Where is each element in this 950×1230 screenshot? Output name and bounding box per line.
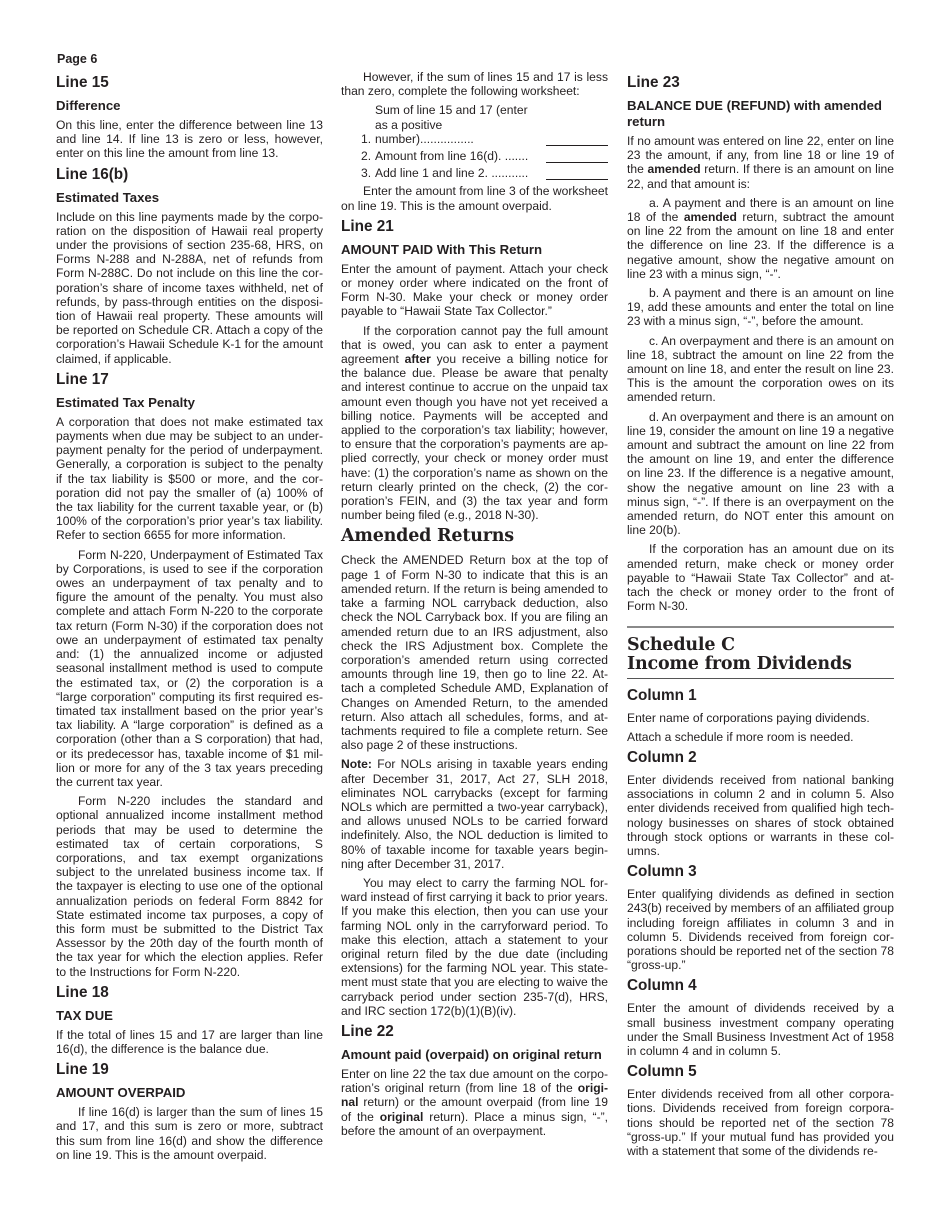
line-22-text: Enter on line 22 the tax due amount on t…: [341, 1067, 608, 1138]
line-17-text-2: Form N-220, Underpayment of Estimated Ta…: [56, 548, 323, 789]
schedule-c-title-line-1: Schedule C: [627, 635, 735, 655]
section-line-19-continued: However, if the sum of lines 15 and 17 i…: [341, 70, 608, 213]
column-2-heading: Column 2: [627, 749, 894, 767]
worksheet-row-text: Add line 1 and line 2. ...........: [375, 166, 538, 180]
section-line-19: Line 19 AMOUNT OVERPAID If line 16(d) is…: [56, 1061, 323, 1162]
line-17-text-1: A corporation that does not make estimat…: [56, 415, 323, 543]
worksheet-row-text: Sum of line 15 and 17 (enter as a positi…: [375, 103, 538, 146]
note-text: For NOLs arising in taxable years ending…: [341, 757, 608, 870]
line-23-item-d: d. An overpayment and there is an amount…: [627, 410, 894, 538]
column-5-heading: Column 5: [627, 1063, 894, 1081]
section-line-15: Line 15 Difference On this line, enter t…: [56, 74, 323, 161]
worksheet-row-text: Amount from line 16(d). .......: [375, 149, 538, 163]
line-19-worksheet-intro: However, if the sum of lines 15 and 17 i…: [341, 70, 608, 98]
line-16b-heading: Line 16(b): [56, 166, 323, 184]
column-1-text-2: Attach a schedule if more room is needed…: [627, 730, 894, 744]
column-middle: However, if the sum of lines 15 and 17 i…: [341, 70, 608, 1143]
worksheet-row: 1. Sum of line 15 and 17 (enter as a pos…: [361, 103, 608, 146]
worksheet-row-number: 1.: [361, 132, 375, 146]
section-line-16b: Line 16(b) Estimated Taxes Include on th…: [56, 166, 323, 366]
line-21-text-2: If the corporation cannot pay the full a…: [341, 324, 608, 523]
worksheet-row: 3. Add line 1 and line 2. ...........: [361, 166, 608, 180]
section-schedule-c: Schedule C Income from Dividends Column …: [627, 636, 894, 1159]
bold-text-run: original: [380, 1110, 424, 1124]
column-3-heading: Column 3: [627, 863, 894, 881]
line-15-heading: Line 15: [56, 74, 323, 92]
line-23-item-a: a. A payment and there is an amount on l…: [627, 196, 894, 281]
column-4-text: Enter the amount of dividends received b…: [627, 1001, 894, 1058]
bold-text-run: amended: [647, 162, 700, 176]
line-22-heading: Line 22: [341, 1023, 608, 1041]
section-line-22: Line 22 Amount paid (overpaid) on origin…: [341, 1023, 608, 1138]
amended-returns-text-1: Check the AMENDED Return box at the top …: [341, 553, 608, 752]
column-1-text-1: Enter name of corporations paying divide…: [627, 711, 894, 725]
worksheet-row-number: 2.: [361, 149, 375, 163]
amended-returns-heading: Amended Returns: [341, 527, 608, 546]
column-5-text: Enter dividends received from all other …: [627, 1087, 894, 1158]
amended-returns-note: Note: For NOLs arising in taxable years …: [341, 757, 608, 871]
line-16b-text: Include on this line payments made by th…: [56, 210, 323, 366]
worksheet-blank-line: [546, 133, 608, 146]
text-run: you receive a billing notice for the bal…: [341, 352, 608, 522]
line-22-subheading: Amount paid (overpaid) on original retur…: [341, 1047, 608, 1063]
section-amended-returns: Amended Returns Check the AMENDED Return…: [341, 527, 608, 1018]
worksheet-blank-line: [546, 150, 608, 163]
line-23-item-b: b. A payment and there is an amount on l…: [627, 286, 894, 329]
line-23-text-intro: If no amount was entered on line 22, ent…: [627, 134, 894, 191]
column-4-heading: Column 4: [627, 977, 894, 995]
column-2-text: Enter dividends received from national b…: [627, 773, 894, 858]
line-16b-subheading: Estimated Taxes: [56, 190, 323, 206]
column-left: Line 15 Difference On this line, enter t…: [56, 70, 323, 1167]
column-3-text: Enter qualifying dividends as defined in…: [627, 887, 894, 972]
line-19-heading: Line 19: [56, 1061, 323, 1079]
worksheet-row: 2. Amount from line 16(d). .......: [361, 149, 608, 163]
line-23-item-c: c. An overpayment and there is an amount…: [627, 334, 894, 405]
section-line-21: Line 21 AMOUNT PAID With This Return Ent…: [341, 218, 608, 523]
note-label: Note:: [341, 757, 372, 771]
section-line-17: Line 17 Estimated Tax Penalty A corporat…: [56, 371, 323, 979]
line-23-heading: Line 23: [627, 74, 894, 92]
section-line-23: Line 23 BALANCE DUE (REFUND) with amende…: [627, 74, 894, 614]
amended-returns-text-3: You may elect to carry the farming NOL f…: [341, 876, 608, 1018]
line-19-text: If line 16(d) is larger than the sum of …: [56, 1105, 323, 1162]
line-23-text-closing: If the corporation has an amount due on …: [627, 542, 894, 613]
schedule-c-title-line-2: Income from Dividends: [627, 654, 852, 674]
schedule-c-title: Schedule C Income from Dividends: [627, 636, 894, 674]
line-15-subheading: Difference: [56, 98, 323, 114]
line-18-heading: Line 18: [56, 984, 323, 1002]
section-divider: [627, 626, 894, 628]
line-15-text: On this line, enter the difference betwe…: [56, 118, 323, 161]
worksheet-row-number: 3.: [361, 166, 375, 180]
bold-text-run: amended: [684, 210, 737, 224]
line-21-subheading: AMOUNT PAID With This Return: [341, 242, 608, 258]
line-23-subheading: BALANCE DUE (REFUND) with amended return: [627, 98, 894, 130]
overpaid-worksheet: 1. Sum of line 15 and 17 (enter as a pos…: [361, 103, 608, 180]
line-17-subheading: Estimated Tax Penalty: [56, 395, 323, 411]
line-21-heading: Line 21: [341, 218, 608, 236]
worksheet-blank-line: [546, 167, 608, 180]
line-19-subheading: AMOUNT OVERPAID: [56, 1085, 323, 1101]
line-21-text-1: Enter the amount of payment. Attach your…: [341, 262, 608, 319]
line-17-text-3: Form N-220 includes the standard and opt…: [56, 794, 323, 979]
line-19-worksheet-outro: Enter the amount from line 3 of the work…: [341, 184, 608, 212]
section-line-18: Line 18 TAX DUE If the total of lines 15…: [56, 984, 323, 1056]
line-17-heading: Line 17: [56, 371, 323, 389]
text-run: Enter on line 22 the tax due amount on t…: [341, 1067, 608, 1095]
column-1-heading: Column 1: [627, 687, 894, 705]
line-18-text: If the total of lines 15 and 17 are larg…: [56, 1028, 323, 1056]
section-divider: [627, 678, 894, 679]
bold-text-run: after: [405, 352, 431, 366]
page-number: Page 6: [57, 52, 97, 66]
line-18-subheading: TAX DUE: [56, 1008, 323, 1024]
column-right: Line 23 BALANCE DUE (REFUND) with amende…: [627, 70, 894, 1163]
